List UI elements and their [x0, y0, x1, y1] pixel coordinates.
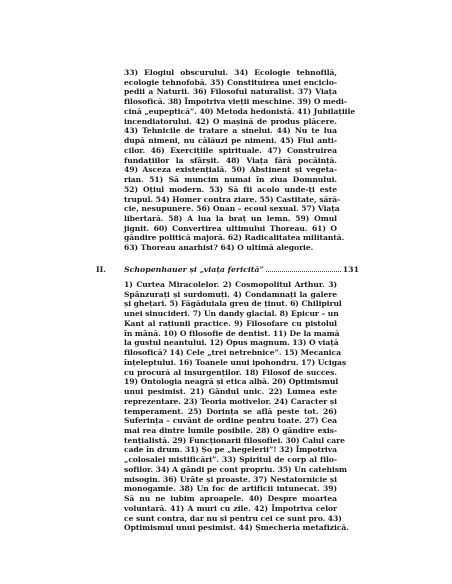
- text-line: „colosalei mistificări”. 33) Spiritul de…: [124, 455, 337, 465]
- text-line: mai rea dintre lumile posibile. 28) O gâ…: [124, 426, 337, 436]
- section-title: Schopenhauer și „viața fericită”: [124, 264, 266, 275]
- toc-entry-schopenhauer-subsections: 1) Curtea Miracolelor. 2) Cosmopolitul A…: [124, 280, 337, 533]
- text-line: după nimeni, nu călăuzi pe nimeni. 45) F…: [124, 136, 337, 146]
- text-line: cu procură al insurgenților. 18) Filosof…: [124, 368, 337, 378]
- text-line: libertară. 58) A lua la braț un lemn. 59…: [124, 214, 337, 224]
- text-line: în mână. 10) O filosofie de dentist. 11)…: [124, 329, 337, 339]
- text-line: 52) Oțiul modern. 53) Să fii acolo unde-…: [124, 185, 337, 195]
- text-line: filosofică. 38) Împotriva vieții meschin…: [124, 97, 337, 107]
- section-number: II.: [96, 264, 106, 275]
- text-line: unei sinucideri. 7) Un dandy glacial. 8)…: [124, 309, 337, 319]
- text-line: 49) Asceza existențială. 50) Abstinent ș…: [124, 165, 337, 175]
- text-line: Kant al rațiunii practice. 9) Filosofare…: [124, 319, 337, 329]
- toc-entry-thoreau-subsections: 33) Elogiul obscurului. 34) Ecologie teh…: [124, 68, 337, 253]
- text-line: Să nu ne iubim aproapele. 40) Despre moa…: [124, 494, 337, 504]
- text-line: unui pesimist. 21) Gândul unic. 22) Lume…: [124, 387, 337, 397]
- text-line: jignit. 60) Convertirea ultimului Thorea…: [124, 224, 337, 234]
- text-line: cade în drum. 31) Șo pe „hegelerii”! 32)…: [124, 445, 337, 455]
- text-line: incendiatorului. 42) O mașină de produs …: [124, 117, 337, 127]
- text-line: cină „eupeptică”. 40) Metoda hedonistă. …: [124, 107, 337, 117]
- text-line: rian. 51) Să muncim numai în ziua Domnul…: [124, 175, 337, 185]
- text-line: reprezentare. 23) Teoria motivelor. 24) …: [124, 397, 337, 407]
- text-line: înțeleptului. 16) Toanele unui ipohondru…: [124, 358, 337, 368]
- text-line: misogin. 36) Urâte și proaste. 37) Nesta…: [124, 475, 337, 485]
- text-line: voluntară. 41) A muri cu zile. 42) Împot…: [124, 504, 337, 514]
- text-line: 1) Curtea Miracolelor. 2) Cosmopolitul A…: [124, 280, 337, 290]
- text-line: cie, nesupunere. 56) Onan – ecoul sexual…: [124, 204, 337, 214]
- toc-section-heading: II. Schopenhauer și „viața fericită” 131: [96, 264, 359, 275]
- text-line: Spânzurați și surdomuți. 4) Condamnați l…: [124, 290, 337, 300]
- book-page: 33) Elogiul obscurului. 34) Ecologie teh…: [0, 0, 452, 584]
- text-line: trupul. 54) Homer contra ziare. 55) Cast…: [124, 195, 337, 205]
- section-page-number: 131: [342, 264, 359, 275]
- text-line: și ghețari. 5) Făgăduiala greu de ținut.…: [124, 299, 337, 309]
- text-line: temperament. 25) Dorința se află peste t…: [124, 407, 337, 417]
- text-line: 63) Thoreau anarhist? 64) O ultimă alego…: [124, 243, 337, 253]
- text-line: Suferința – cuvânt de ordine pentru toat…: [124, 416, 337, 426]
- text-line: pedii a Naturii. 36) Filosoful naturalis…: [124, 87, 337, 97]
- text-line: sofilor. 34) A gândi pe cont propriu. 35…: [124, 465, 337, 475]
- text-line: 33) Elogiul obscurului. 34) Ecologie teh…: [124, 68, 337, 78]
- text-line: la gustul neantului. 12) Opus magnum. 13…: [124, 338, 337, 348]
- text-line: 43) Tehnicile de tratare a sinelui. 44) …: [124, 126, 337, 136]
- text-line: 19) Ontologia neagră și etica albă. 20) …: [124, 377, 337, 387]
- text-line: fundațiilor la sfârșit. 48) Viața fără p…: [124, 156, 337, 166]
- text-line: ce sunt contra, dar nu și pentru cei ce …: [124, 514, 337, 524]
- text-line: cilor. 46) Exercițiile spirituale. 47) C…: [124, 146, 337, 156]
- text-line: gândire politică majoră. 62) Radicalitat…: [124, 233, 337, 243]
- text-line: monogamie. 38) Un foc de artificii intun…: [124, 484, 337, 494]
- text-line: Optimismul unui pesimist. 44) Șmecheria …: [124, 523, 337, 533]
- text-line: ecologie tehnofobă. 35) Constituirea une…: [124, 78, 337, 88]
- text-line: tențialistă. 29) Funcționarii filosofiei…: [124, 436, 337, 446]
- text-line: filosofică? 14) Cele „trei netrebnice”. …: [124, 348, 337, 358]
